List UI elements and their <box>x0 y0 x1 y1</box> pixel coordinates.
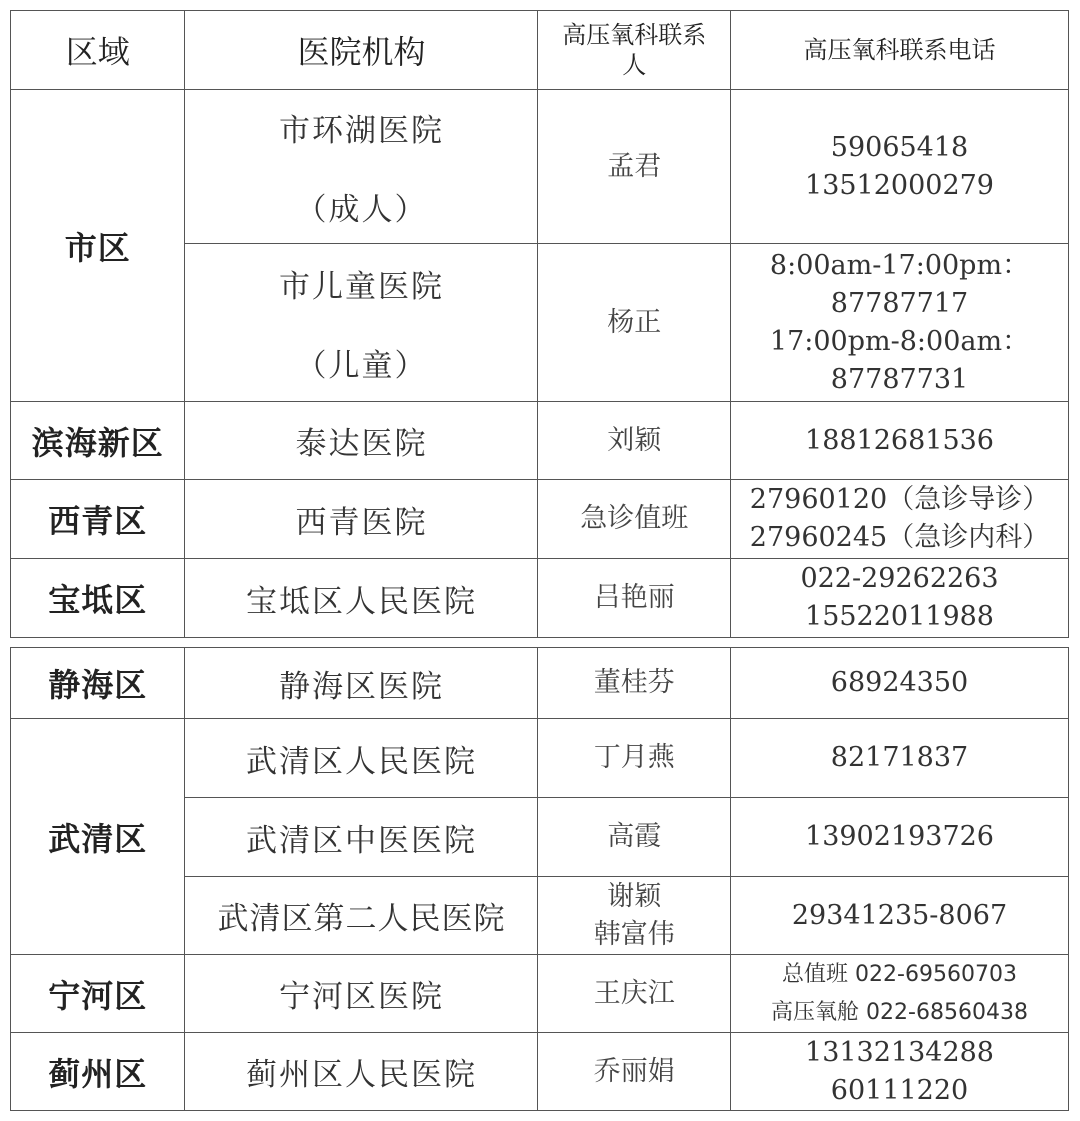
hospital-cell: 武清区人民医院 <box>185 719 538 798</box>
table-row: 市区 市环湖医院 （成人） 孟君 59065418 13512000279 <box>11 90 1069 244</box>
region-cell: 蓟州区 <box>11 1033 185 1111</box>
table-row: 宁河区 宁河区医院 王庆江 总值班 022-69560703 高压氧舱 022-… <box>11 955 1069 1033</box>
phone-line: 13132134288 <box>731 1034 1068 1072</box>
phone-line: 13512000279 <box>731 167 1068 205</box>
contact-cell: 董桂芬 <box>538 648 731 719</box>
hospital-cell: 武清区第二人民医院 <box>185 877 538 955</box>
table-row: 蓟州区 蓟州区人民医院 乔丽娟 13132134288 60111220 <box>11 1033 1069 1111</box>
phone-cell: 022-29262263 15522011988 <box>731 559 1069 638</box>
contact-cell: 乔丽娟 <box>538 1033 731 1111</box>
table-row: 西青区 西青医院 急诊值班 27960120（急诊导诊） 27960245（急诊… <box>11 480 1069 559</box>
table-row: 静海区 静海区医院 董桂芬 68924350 <box>11 648 1069 719</box>
header-hospital: 医院机构 <box>185 11 538 90</box>
phone-line: 27960245（急诊内科） <box>731 519 1068 557</box>
phone-cell: 13902193726 <box>731 798 1069 877</box>
phone-line: 87787731 <box>731 361 1068 399</box>
contact-cell: 孟君 <box>538 90 731 244</box>
table-row: 武清区 武清区人民医院 丁月燕 82171837 <box>11 719 1069 798</box>
hospital-cell: 市儿童医院 （儿童） <box>185 244 538 402</box>
phone-line: 022-29262263 <box>731 560 1068 598</box>
contact-cell: 急诊值班 <box>538 480 731 559</box>
region-cell: 滨海新区 <box>11 402 185 480</box>
hyperbaric-contacts-table-part1: 区域 医院机构 高压氧科联系人 高压氧科联系电话 市区 市环湖医院 （成人） 孟… <box>10 10 1069 638</box>
hospital-cell: 宁河区医院 <box>185 955 538 1033</box>
hospital-cell: 西青医院 <box>185 480 538 559</box>
phone-cell: 13132134288 60111220 <box>731 1033 1069 1111</box>
region-cell: 宝坻区 <box>11 559 185 638</box>
phone-cell: 27960120（急诊导诊） 27960245（急诊内科） <box>731 480 1069 559</box>
hospital-name: 市环湖医院 <box>279 113 444 149</box>
phone-line: 17:00pm-8:00am： <box>731 323 1068 361</box>
contact-name: 韩富伟 <box>538 916 730 954</box>
region-cell: 西青区 <box>11 480 185 559</box>
contact-cell: 谢颖 韩富伟 <box>538 877 731 955</box>
hyperbaric-contacts-table-part2: 静海区 静海区医院 董桂芬 68924350 武清区 武清区人民医院 丁月燕 8… <box>10 647 1069 1111</box>
hospital-note: （成人） <box>185 184 537 229</box>
phone-cell: 总值班 022-69560703 高压氧舱 022-68560438 <box>731 955 1069 1033</box>
hospital-cell: 泰达医院 <box>185 402 538 480</box>
contact-cell: 高霞 <box>538 798 731 877</box>
phone-line: 8:00am-17:00pm： <box>731 247 1068 285</box>
header-region: 区域 <box>11 11 185 90</box>
phone-cell: 8:00am-17:00pm： 87787717 17:00pm-8:00am：… <box>731 244 1069 402</box>
contact-cell: 吕艳丽 <box>538 559 731 638</box>
phone-line: 60111220 <box>731 1072 1068 1110</box>
header-phone: 高压氧科联系电话 <box>731 11 1069 90</box>
hospital-name: 市儿童医院 <box>279 269 444 305</box>
region-cell: 宁河区 <box>11 955 185 1033</box>
phone-line: 15522011988 <box>731 598 1068 636</box>
region-cell: 市区 <box>11 90 185 402</box>
region-cell: 静海区 <box>11 648 185 719</box>
contact-cell: 杨正 <box>538 244 731 402</box>
contact-cell: 王庆江 <box>538 955 731 1033</box>
phone-line: 87787717 <box>731 285 1068 323</box>
contact-cell: 刘颖 <box>538 402 731 480</box>
phone-line: 59065418 <box>731 129 1068 167</box>
contact-cell: 丁月燕 <box>538 719 731 798</box>
phone-cell: 29341235-8067 <box>731 877 1069 955</box>
hospital-note: （儿童） <box>185 340 537 385</box>
hospital-cell: 武清区中医医院 <box>185 798 538 877</box>
phone-line: 27960120（急诊导诊） <box>731 481 1068 519</box>
phone-cell: 59065418 13512000279 <box>731 90 1069 244</box>
table-row: 滨海新区 泰达医院 刘颖 18812681536 <box>11 402 1069 480</box>
header-row: 区域 医院机构 高压氧科联系人 高压氧科联系电话 <box>11 11 1069 90</box>
contact-name: 谢颖 <box>538 878 730 916</box>
phone-cell: 18812681536 <box>731 402 1069 480</box>
hospital-cell: 市环湖医院 （成人） <box>185 90 538 244</box>
phone-cell: 68924350 <box>731 648 1069 719</box>
phone-line: 总值班 022-69560703 <box>731 956 1068 994</box>
phone-line: 高压氧舱 022-68560438 <box>731 994 1068 1032</box>
table-row: 宝坻区 宝坻区人民医院 吕艳丽 022-29262263 15522011988 <box>11 559 1069 638</box>
hospital-cell: 蓟州区人民医院 <box>185 1033 538 1111</box>
hospital-cell: 宝坻区人民医院 <box>185 559 538 638</box>
region-cell: 武清区 <box>11 719 185 955</box>
phone-cell: 82171837 <box>731 719 1069 798</box>
hospital-cell: 静海区医院 <box>185 648 538 719</box>
header-contact: 高压氧科联系人 <box>538 11 731 90</box>
